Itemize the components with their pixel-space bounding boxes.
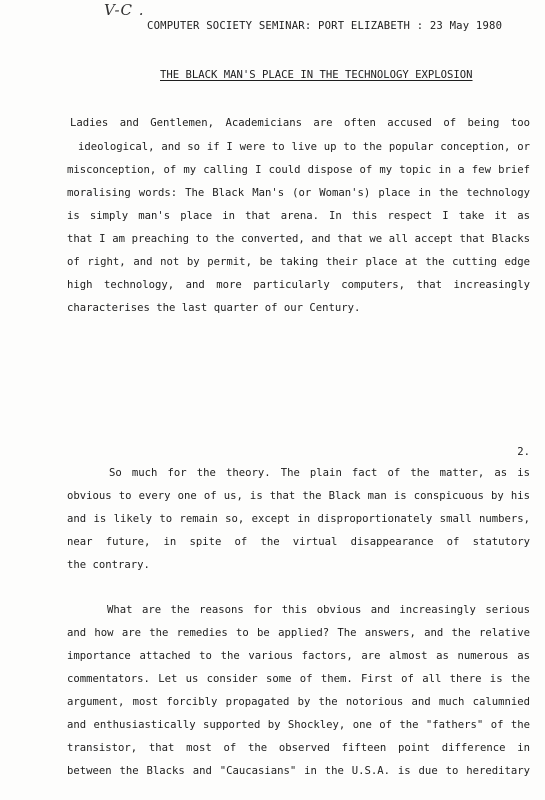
text-line: between the Blacks and "Caucasians" in t… — [67, 764, 530, 778]
text-line: and is likely to remain so, except in di… — [67, 512, 530, 526]
text-line: characterises the last quarter of our Ce… — [67, 301, 530, 315]
text-line: high technology, and more particularly c… — [67, 278, 530, 292]
text-line: commentators. Let us consider some of th… — [67, 672, 530, 686]
text-line: misconception, of my calling I could dis… — [67, 163, 530, 177]
text-line: of right, and not by permit, be taking t… — [67, 255, 530, 269]
text-line: So much for the theory. The plain fact o… — [109, 466, 530, 480]
text-line: argument, most forcibly propagated by th… — [67, 695, 530, 709]
text-line: and how are the remedies to be applied? … — [67, 626, 530, 640]
text-line: importance attached to the various facto… — [67, 649, 530, 663]
page-number: 2. — [500, 446, 530, 458]
text-line: What are the reasons for this obvious an… — [107, 603, 530, 617]
text-line: Ladies and Gentlemen, Academicians are o… — [70, 116, 530, 130]
seminar-header: COMPUTER SOCIETY SEMINAR: PORT ELIZABETH… — [147, 20, 502, 32]
handwritten-note: V-C . — [104, 1, 145, 19]
document-page: V-C . COMPUTER SOCIETY SEMINAR: PORT ELI… — [0, 0, 545, 800]
text-line: that I am preaching to the converted, an… — [67, 232, 530, 246]
text-line: moralising words: The Black Man's (or Wo… — [67, 186, 530, 200]
text-line: near future, in spite of the virtual dis… — [67, 535, 530, 549]
text-line: is simply man's place in that arena. In … — [67, 209, 530, 223]
text-line: obvious to every one of us, is that the … — [67, 489, 530, 503]
text-line: the contrary. — [67, 558, 530, 572]
document-title: THE BLACK MAN'S PLACE IN THE TECHNOLOGY … — [160, 69, 473, 81]
text-line: ideological, and so if I were to live up… — [78, 140, 530, 154]
text-line: transistor, that most of the observed fi… — [67, 741, 530, 755]
text-line: and enthusiastically supported by Shockl… — [67, 718, 530, 732]
